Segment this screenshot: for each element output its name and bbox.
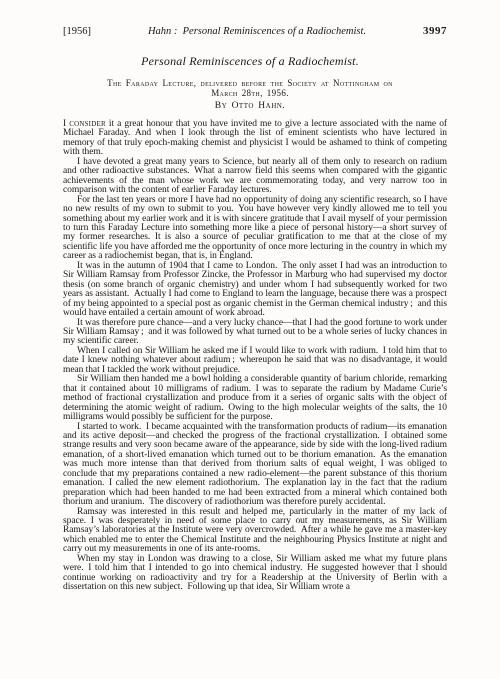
paragraph-6: When I called on Sir William he asked me… (63, 347, 447, 375)
paragraph-3: For the last ten years or more I have ha… (63, 196, 447, 262)
journal-page: [1956] Hahn : Personal Reminiscences of … (0, 0, 500, 679)
running-head-title: Hahn : Personal Reminiscences of a Radio… (91, 26, 423, 37)
article-body: I consider it a great honour that you ha… (63, 120, 447, 593)
paragraph-8: I started to work. I became acquainted w… (63, 423, 447, 508)
header-year: [1956] (63, 26, 91, 37)
page-number: 3997 (423, 25, 447, 37)
paragraph-2: I have devoted a great many years to Sci… (63, 158, 447, 196)
lecture-note-line-2: March 28th, 1956. (0, 89, 500, 99)
paragraph-9: Ramsay was interested in this result and… (63, 508, 447, 555)
paragraph-4: It was in the autumn of 1904 that I came… (63, 262, 447, 319)
lead-rest: it a great honour that you have invited … (63, 119, 447, 157)
lecture-note: The Faraday Lecture, delivered before th… (0, 79, 500, 98)
paragraph-7: Sir William then handed me a bowl holdin… (63, 375, 447, 422)
byline: By Otto Hahn. (0, 101, 500, 111)
paragraph-5: It was therefore pure chance—and a very … (63, 319, 447, 347)
page-header: [1956] Hahn : Personal Reminiscences of … (63, 25, 447, 37)
article-title: Personal Reminiscences of a Radiochemist… (0, 54, 500, 69)
paragraph-1: I consider it a great honour that you ha… (63, 120, 447, 158)
paragraph-10: When my stay in London was drawing to a … (63, 555, 447, 593)
